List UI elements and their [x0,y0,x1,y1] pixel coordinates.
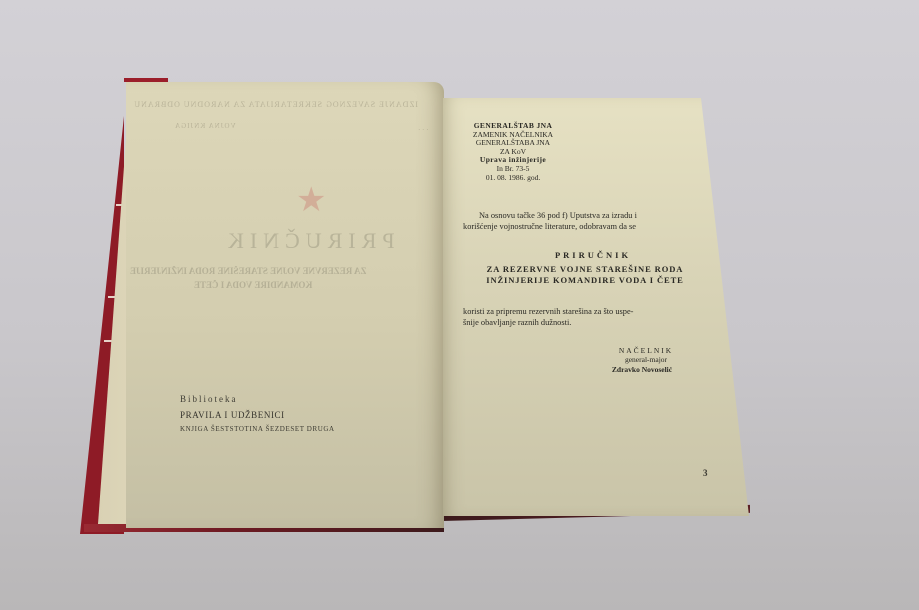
bleed-through-subtitle-1: ZA REZERVNE VOJNE STAREŠINE RODA INŽINJE… [130,266,366,276]
open-book: IZDANJE SAVEZNOG SEKRETARIJATA ZA NARODN… [0,0,919,610]
bleed-through-header: IZDANJE SAVEZNOG SEKRETARIJATA ZA NARODN… [198,100,418,109]
library-label: Biblioteka [180,394,238,404]
spine-wear-mark [104,340,112,342]
book-title: PRIRUČNIK [443,250,743,260]
bleed-through-title: PRIRUČNIK [222,228,395,254]
signature-role: NAČELNIK [601,346,691,355]
approval-line-2: korišćenje vojnostručne literature, odob… [463,222,636,231]
right-page: GENERALŠTAB JNA ZAMENIK NAČELNIKA GENERA… [443,98,749,516]
usage-line-2: šnije obavljanje raznih dužnosti. [463,318,571,327]
library-series: PRAVILA I UDŽBENICI [180,410,285,420]
header-line-7: 01. 08. 1986. god. [463,174,563,183]
usage-line-1: koristi za pripremu rezervnih starešina … [463,307,633,316]
red-star-icon: ★ [296,184,326,218]
authority-header: GENERALŠTAB JNA ZAMENIK NAČELNIKA GENERA… [463,122,563,182]
book-subtitle-1: ZA REZERVNE VOJNE STAREŠINE RODA [435,264,735,274]
book-number: KNJIGA ŠESTSTOTINA ŠEZDESET DRUGA [180,425,335,433]
bleed-through-subtitle-2: KOMANDIRE VODA I ČETE [194,280,312,290]
bleed-through-subheader: VOJNA KNJIGA [174,122,236,130]
signature-rank: general-major [601,355,691,364]
book-subtitle-2: INŽINJERIJE KOMANDIRE VODA I ČETE [435,275,735,285]
left-page: IZDANJE SAVEZNOG SEKRETARIJATA ZA NARODN… [126,82,444,528]
bleed-through-number: · · · [418,126,429,134]
page-number: 3 [703,468,708,478]
signature-name: Zdravko Novoselić [597,365,687,374]
approval-line-1: Na osnovu tačke 36 pod f) Uputstva za iz… [479,211,637,220]
